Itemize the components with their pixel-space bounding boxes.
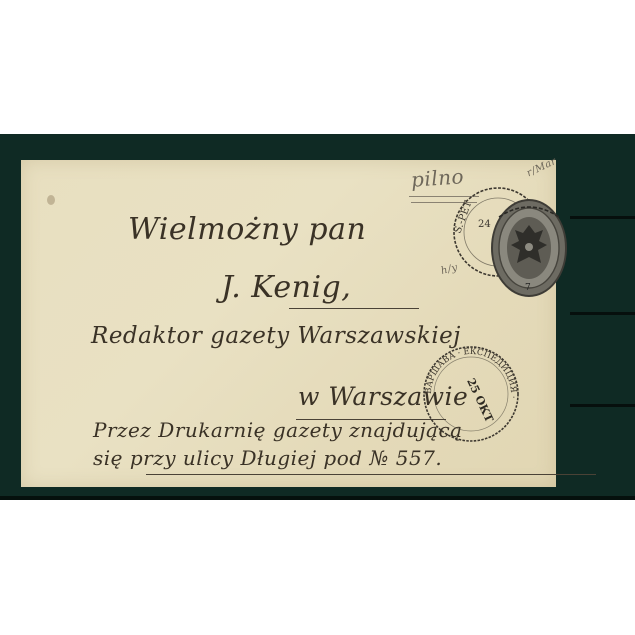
postal-stationery-stamp: 7	[489, 197, 569, 299]
postmark-bottom: ВАРШАВА · ЕКСПЕДИЦИЯ · 25 ОКТ	[419, 342, 523, 446]
svg-text:7: 7	[525, 283, 531, 293]
pencil-mark-corner: r/Mar	[525, 156, 558, 179]
svg-text:25 ОКТ: 25 ОКТ	[464, 376, 496, 425]
envelope: pilno r/Mar h/y Wielmożny pan J. Kenig, …	[21, 160, 556, 487]
street-underline	[146, 474, 596, 475]
stockcard-strip	[570, 404, 635, 407]
stockcard-strip	[570, 216, 635, 219]
address-line-name: J. Kenig,	[221, 270, 351, 305]
address-line-salutation: Wielmożny pan	[128, 212, 366, 247]
address-line-street: się przy ulicy Długiej pod № 557.	[93, 446, 442, 470]
svg-text:S.-PET: S.-PET	[452, 199, 474, 235]
name-underline	[289, 308, 419, 309]
address-line-via: Przez Drukarnię gazety znajdującą	[93, 418, 463, 442]
address-line-title: Redaktor gazety Warszawskiej	[91, 323, 461, 349]
stockcard-edge	[0, 496, 635, 500]
stockcard-strip	[570, 312, 635, 315]
paper-stain	[47, 195, 55, 205]
